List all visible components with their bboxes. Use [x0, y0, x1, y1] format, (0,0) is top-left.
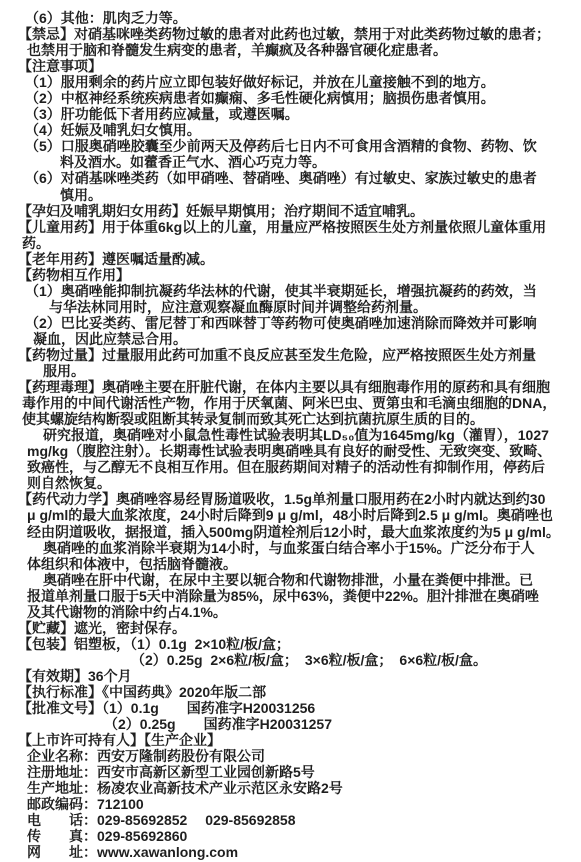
document-line: mg/kg（腹腔注射）。长期毒性试验表明奥硝唑具有良好的耐受性、无致突变、致畸、: [0, 443, 581, 459]
document-line: 【老年用药】遵医嘱适量酌减。: [0, 251, 581, 267]
document-line: 服用。: [0, 363, 581, 379]
document-line: 【药物相互作用】: [0, 267, 581, 283]
document-line: （2）中枢神经系统疾病患者如癫痫、多毛性硬化病慎用；脑损伤患者慎用。: [0, 90, 581, 106]
document-line: 网 址：www.xawanlong.com: [0, 844, 581, 860]
document-line: 毒作用的中间代谢活性产物，作用于厌氧菌、阿米巴虫、贾第虫和毛滴虫细胞的DNA，: [0, 395, 581, 411]
document-line: 【药理毒理】奥硝唑主要在肝脏代谢，在体内主要以具有细胞毒作用的原药和具有细胞: [0, 379, 581, 395]
document-line: 也禁用于脑和脊髓发生病变的患者，羊癫疯及各种器官硬化症患者。: [0, 42, 581, 58]
document-line: 【注意事项】: [0, 58, 581, 74]
document-line: 【药物过量】过量服用此药可加重不良反应甚至发生危险，应严格按照医生处方剂量: [0, 347, 581, 363]
document-line: 则自然恢复。: [0, 475, 581, 491]
document-line: 体组织和体液中，包括脑脊髓液。: [0, 556, 581, 572]
document-line: 【药代动力学】奥硝唑容易经胃肠道吸收，1.5g单剂量口服用药在2小时内就达到约3…: [0, 491, 581, 507]
document-line: （2）巴比妥类药、雷尼替丁和西咪替丁等药物可使奥硝唑加速消除而降效并可影响: [0, 315, 581, 331]
document-line: 报道单剂量口服于5天中消除量为85%，尿中63%，粪便中22%。胆汁排泄在奥硝唑: [0, 588, 581, 604]
document-line: 与华法林同用时，应注意观察凝血酶原时间并调整给药剂量。: [0, 299, 581, 315]
document-line: 【执行标准】《中国药典》2020年版二部: [0, 684, 581, 700]
document-line: 【包装】铝塑板，（1）0.1g 2×10粒/板/盒；: [0, 636, 581, 652]
document-line: 【儿童用药】用于体重6kg以上的儿童，用量应严格按照医生处方剂量依照儿童体重用: [0, 219, 581, 235]
document-line: （2）0.25g 2×6粒/板/盒； 3×6粒/板/盒； 6×6粒/板/盒。: [0, 652, 581, 668]
document-line: 奥硝唑在肝中代谢，在尿中主要以轭合物和代谢物排泄，小量在粪便中排泄。已: [0, 572, 581, 588]
document-line: 药。: [0, 235, 581, 251]
document-line: 经由阴道吸收，据报道，插入500mg阴道栓剂后12小时，最大血浆浓度约为5 μ …: [0, 524, 581, 540]
document-line: （6）对硝基咪唑类药（如甲硝唑、替硝唑、奥硝唑）有过敏史、家族过敏史的患者: [0, 170, 581, 186]
document-line: （5）口服奥硝唑胶囊至少前两天及停药后七日内不可食用含酒精的食物、药物、饮: [0, 138, 581, 154]
document-line: 【上市许可持有人】【生产企业】: [0, 732, 581, 748]
document-line: （2）0.25g 国药准字H20031257: [0, 716, 581, 732]
document-line: 料及酒水。如藿香正气水、酒心巧克力等。: [0, 154, 581, 170]
document-line: （1）服用剩余的药片应立即包装好做好标记，并放在儿童接触不到的地方。: [0, 74, 581, 90]
document-line: 研究报道，奥硝唑对小鼠急性毒性试验表明其LD₅₀值为1645mg/kg（灌胃），…: [0, 427, 581, 443]
document-line: 使其螺旋结构断裂或阻断其转录复制而致其死亡达到抗菌抗原生质的目的。: [0, 411, 581, 427]
document-line: 生产地址：杨凌农业高新技术产业示范区永安路2号: [0, 780, 581, 796]
document-line: （1）奥硝唑能抑制抗凝药华法林的代谢，使其半衰期延长，增强抗凝药的药效，当: [0, 283, 581, 299]
document-line: 【批准文号】（1）0.1g 国药准字H20031256: [0, 700, 581, 716]
document-line: 凝血，因此应禁忌合用。: [0, 331, 581, 347]
document-line: 及其代谢物的消除中约占4.1%。: [0, 604, 581, 620]
document-line: μ g/ml的最大血浆浓度，24小时后降到9 μ g/ml，48小时后降到2.5…: [0, 507, 581, 523]
document-body: （6）其他：肌肉乏力等。【禁忌】对硝基咪唑类药物过敏的患者对此药也过敏，禁用于对…: [0, 10, 581, 860]
document-line: 慎用。: [0, 187, 581, 203]
document-line: 【孕妇及哺乳期妇女用药】妊娠早期慎用；治疗期间不适宜哺乳。: [0, 203, 581, 219]
document-line: 传 真：029-85692860: [0, 828, 581, 844]
package-insert-page: （6）其他：肌肉乏力等。【禁忌】对硝基咪唑类药物过敏的患者对此药也过敏，禁用于对…: [0, 0, 581, 862]
document-line: 【禁忌】对硝基咪唑类药物过敏的患者对此药也过敏，禁用于对此类药物过敏的患者；: [0, 26, 581, 42]
document-line: 企业名称：西安万隆制药股份有限公司: [0, 748, 581, 764]
document-line: 【有效期】36个月: [0, 668, 581, 684]
document-line: 注册地址：西安市高新区新型工业园创新路5号: [0, 764, 581, 780]
document-line: （3）肝功能低下者用药应减量，或遵医嘱。: [0, 106, 581, 122]
document-line: （6）其他：肌肉乏力等。: [0, 10, 581, 26]
document-line: 致癌性，与乙醇无不良相互作用。但在服药期间对精子的活动性有抑制作用，停药后: [0, 459, 581, 475]
document-line: 电 话：029-85692852 029-85692858: [0, 812, 581, 828]
document-line: 【贮藏】遮光，密封保存。: [0, 620, 581, 636]
document-line: 奥硝唑的血浆消除半衰期为14小时，与血浆蛋白结合率小于15%。广泛分布于人: [0, 540, 581, 556]
document-line: （4）妊娠及哺乳妇女慎用。: [0, 122, 581, 138]
document-line: 邮政编码：712100: [0, 796, 581, 812]
